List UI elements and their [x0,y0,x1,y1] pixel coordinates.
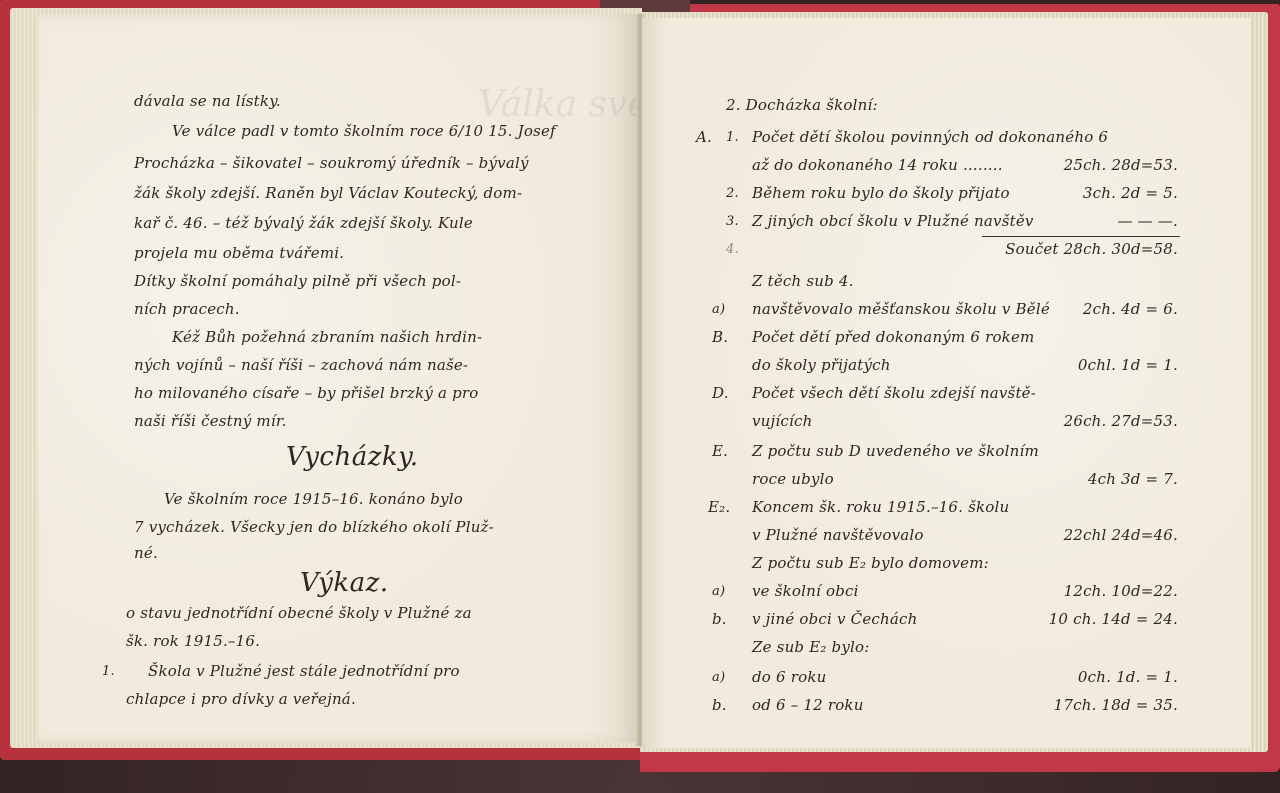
text-line: Ve válce padl v tomto školním roce 6/10 … [172,122,556,140]
row-text: Počet dětí před dokonaným 6 rokem [752,328,1034,346]
text-line: šk. rok 1915.–16. [126,632,260,650]
text-line: Kéž Bůh požehná zbraním našich hrdin- [172,328,482,346]
right-page: 2. Docházka školní: A. 1. Počet dětí ško… [642,18,1250,748]
text-line: Ve školním roce 1915–16. konáno bylo [164,490,463,508]
row-label: A. [696,128,712,146]
text-line: projela mu oběma tvářemi. [134,244,344,262]
text-line: kař č. 46. – též bývalý žák zdejší školy… [134,214,473,232]
row-value-total: Součet 28ch. 30d=58. [1005,240,1178,258]
text-line: ních pracech. [134,300,240,318]
section-title: 2. Docházka školní: [726,96,878,114]
row-value: 25ch. 28d=53. [1064,156,1178,174]
row-label: b. [712,696,727,714]
text-line: žák školy zdejší. Raněn byl Václav Koute… [134,184,522,202]
row-sub: 3. [726,214,739,229]
row-text: Koncem šk. roku 1915.–16. školu [752,498,1009,516]
row-text: v jiné obci v Čechách [752,610,917,628]
row-sub: 2. [726,186,739,201]
row-text: ve školní obci [752,582,859,600]
text-line: ných vojínů – naší říši – zachová nám na… [134,356,468,374]
row-text: Během roku bylo do školy přijato [752,184,1010,202]
row-value: 3ch. 2d = 5. [1083,184,1178,202]
row-label: b. [712,610,727,628]
row-sub: 4. [726,242,739,257]
row-sub: 1. [726,130,739,145]
row-value: 26ch. 27d=53. [1064,412,1178,430]
row-value: — — —. [1117,212,1178,230]
row-text: Z těch sub 4. [752,272,854,290]
row-text: Počet všech dětí školu zdejší navště- [752,384,1036,402]
text-line: dávala se na lístky. [134,92,281,110]
row-text: v Plužné navštěvovalo [752,526,924,544]
row-text: Z počtu sub E₂ bylo domovem: [752,554,989,572]
text-line: chlapce i pro dívky a veřejná. [126,690,356,708]
row-label: E₂. [708,498,730,516]
item-number: 1. [102,664,115,679]
row-text: roce ubylo [752,470,834,488]
text-line: naši říši čestný mír. [134,412,287,430]
row-text: až do dokonaného 14 roku ........ [752,156,1003,174]
text-line: Dítky školní pomáhaly pilně při všech po… [134,272,461,290]
row-text: vujících [752,412,812,430]
row-text: do 6 roku [752,668,826,686]
row-label: a) [712,670,725,685]
row-value: 4ch 3d = 7. [1088,470,1178,488]
row-label: E. [712,442,728,460]
text-line: ho milovaného císaře – by přišel brzký a… [134,384,479,402]
row-label: B. [712,328,728,346]
row-text: Ze sub E₂ bylo: [752,638,870,656]
row-value: 12ch. 10d=22. [1064,582,1178,600]
row-text: Z jiných obcí školu v Plužné navštěv [752,212,1034,230]
row-value: 0ch. 1d. = 1. [1078,668,1178,686]
row-value: 10 ch. 14d = 24. [1049,610,1178,628]
row-label: a) [712,302,725,317]
row-text: Počet dětí školou povinných od dokonanéh… [752,128,1108,146]
heading-vychazky: Vycházky. [286,442,419,472]
row-value: 2ch. 4d = 6. [1083,300,1178,318]
row-text: Z počtu sub D uvedeného ve školním [752,442,1039,460]
sum-rule [982,236,1180,237]
row-text: od 6 – 12 roku [752,696,864,714]
text-line: Procházka – šikovatel – soukromý úředník… [134,154,529,172]
row-value: 22chl 24d=46. [1064,526,1178,544]
row-text: navštěvovalo měšťanskou školu v Bělé [752,300,1050,318]
row-label: D. [712,384,729,402]
row-value: 17ch. 18d = 35. [1054,696,1178,714]
row-label: a) [712,584,725,599]
text-line: o stavu jednotřídní obecné školy v Plužn… [126,604,472,622]
text-line: Škola v Plužné jest stále jednotřídní pr… [148,662,460,680]
row-text: do školy přijatých [752,356,891,374]
heading-vykaz: Výkaz. [300,568,389,598]
text-line: 7 vycházek. Všecky jen do blízkého okolí… [134,518,494,536]
row-value: 0chl. 1d = 1. [1078,356,1178,374]
left-page: Válka světová dávala se na lístky. Ve vá… [38,14,636,742]
text-line: né. [134,544,158,562]
